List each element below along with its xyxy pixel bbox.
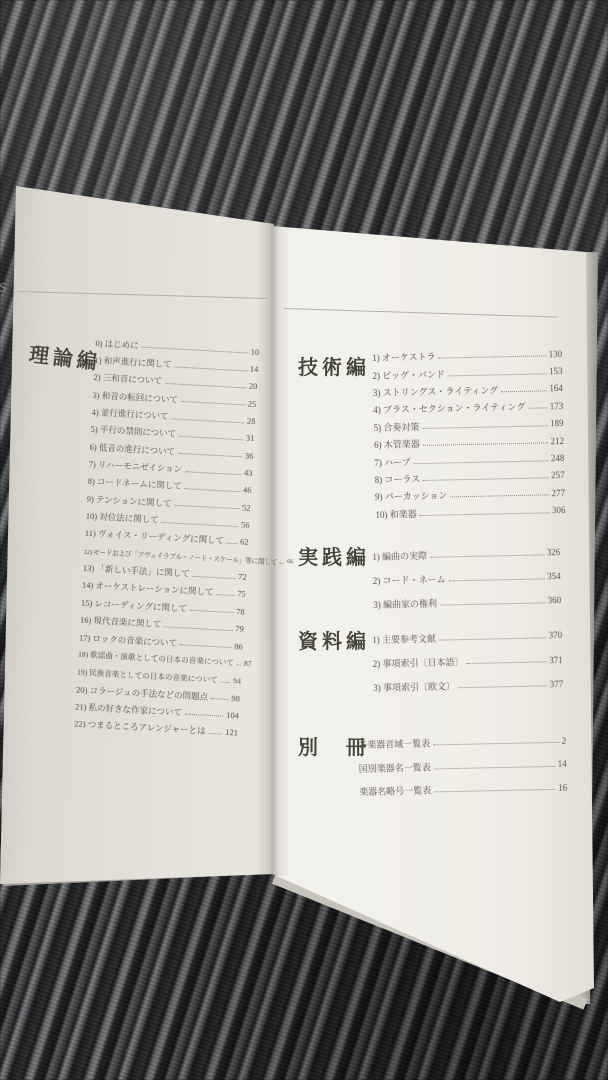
toc-item-page-number: 130 [549, 349, 563, 359]
toc-item-page-number: 2 [562, 735, 567, 745]
toc-item-label: 10) 和楽器 [375, 507, 417, 521]
toc-item-label: 楽器名略号一覧表 [359, 784, 431, 799]
toc-item-page-number: 62 [240, 537, 249, 547]
toc-item-page-number: 173 [550, 401, 564, 411]
toc-item-label: 各楽器音域一覧表 [358, 737, 430, 752]
dot-leader [164, 626, 232, 631]
toc-item-label: 8) コーラス [375, 472, 421, 486]
toc-item-page-number: 248 [551, 453, 565, 463]
toc-item-label: 6) 木管楽器 [374, 437, 420, 451]
toc-item-page-number: 377 [550, 679, 564, 689]
toc-item-page-number: 46 [243, 485, 252, 495]
dot-leader [193, 575, 236, 578]
toc-item-page-number: 25 [248, 398, 257, 408]
toc-item-page-number: 257 [551, 470, 565, 480]
toc-item-label: 3) 和音の転回について [92, 389, 178, 406]
toc-item-page-number: 28 [247, 416, 256, 426]
photo-open-book: S 理論編 0) はじめに 10 1) 和声進行に関して 14 2) 三和音につ… [0, 0, 608, 1080]
dot-leader [171, 418, 243, 423]
toc-item-label: 1) オーケストラ [372, 350, 436, 364]
toc-item-label: 5) 合奏対策 [374, 420, 420, 434]
dot-leader [165, 383, 246, 389]
dot-leader [190, 610, 233, 613]
toc-item-label: 9) テンションに関して [86, 493, 171, 510]
toc-item-page-number: 36 [245, 450, 254, 460]
dot-leader [175, 366, 247, 371]
toc-item-label: 5) 平行の禁則について [90, 423, 176, 440]
toc-item-page-number: 360 [548, 595, 562, 605]
section-title-technique: 技術編 [298, 351, 370, 380]
toc-item-page-number: 94 [233, 676, 241, 685]
dot-leader [449, 578, 545, 581]
dot-leader [450, 495, 548, 498]
dot-leader [430, 554, 544, 557]
dot-leader [420, 512, 549, 516]
toc-item: 3) 編曲家の権利 360 [373, 588, 561, 616]
toc-item-page-number: 72 [238, 571, 247, 581]
dot-leader [434, 789, 555, 793]
dot-leader [178, 453, 242, 458]
dot-leader [237, 665, 241, 666]
dot-leader [433, 742, 558, 746]
toc-item-page-number: 66 [287, 558, 293, 565]
dot-leader [185, 714, 223, 717]
dot-leader [142, 347, 248, 354]
toc-item-page-number: 371 [549, 655, 563, 665]
dot-leader [440, 602, 545, 605]
toc-item-label: 1) 主要参考文献 [372, 631, 436, 645]
dot-leader [423, 442, 548, 446]
dot-leader [467, 661, 547, 664]
dot-leader [434, 766, 555, 770]
toc-item-page-number: 14 [558, 759, 567, 769]
toc-item-page-number: 10 [250, 346, 259, 356]
dot-leader [448, 373, 546, 376]
toc-list-reference: 1) 主要参考文献 370 2) 事項索引〔日本語〕 371 3) 事項索引〔欧… [372, 623, 563, 700]
toc-item-page-number: 121 [225, 727, 238, 738]
dot-leader [423, 477, 548, 481]
toc-item-label: 3) 編曲家の権利 [373, 596, 437, 610]
toc-item-label: 16) 現代音楽に関して [80, 614, 162, 631]
toc-item-label: 7) ハープ [374, 455, 411, 469]
toc-item-label: 2) 事項索引〔日本語〕 [373, 655, 464, 670]
toc-item-page-number: 31 [246, 433, 255, 443]
toc-item-label: 3) 事項索引〔欧文〕 [373, 680, 455, 695]
dot-leader [211, 698, 228, 700]
dot-leader [216, 594, 234, 596]
dot-leader [181, 401, 245, 406]
toc-item-page-number: 104 [226, 710, 239, 721]
dot-leader [439, 637, 546, 640]
toc-list-theory: 0) はじめに 10 1) 和声進行に関して 14 2) 三和音について 20 … [74, 334, 260, 741]
toc-item-page-number: 277 [551, 488, 565, 498]
toc-item-label: 3) ストリングス・ライティング [373, 383, 499, 399]
toc-item-page-number: 20 [249, 381, 258, 391]
toc-item-page-number: 86 [234, 641, 243, 651]
toc-item-page-number: 164 [549, 383, 563, 393]
toc-item-page-number: 75 [237, 589, 246, 599]
toc-item: 楽器名略号一覧表 16 [359, 776, 567, 804]
section-title-practice: 実践編 [298, 541, 370, 570]
toc-list-technique: 1) オーケストラ 130 2) ビッグ・バンド 153 3) ストリングス・ラ… [372, 345, 566, 523]
toc-item-page-number: 326 [547, 547, 561, 557]
dot-leader [174, 505, 239, 510]
dot-leader [458, 686, 547, 689]
toc-item-label: 2) 三和音について [93, 371, 162, 387]
dot-leader [185, 471, 241, 475]
dot-leader [180, 644, 231, 648]
cut-off-letter: S [0, 281, 7, 297]
toc-item-page-number: 153 [549, 366, 563, 376]
dot-leader [179, 436, 243, 441]
toc-item-label: 10) 対位法に関して [85, 510, 159, 526]
toc-item-label: 1) 編曲の実際 [372, 548, 427, 562]
dot-leader [185, 488, 240, 492]
toc-item-page-number: 212 [550, 436, 564, 446]
dot-leader [280, 563, 284, 564]
dot-leader [528, 408, 546, 409]
dot-leader [414, 460, 548, 464]
toc-item-label: 2) ビッグ・バンド [372, 367, 445, 382]
dot-leader [208, 733, 222, 735]
toc-item-page-number: 189 [550, 418, 564, 428]
toc-item-page-number: 16 [558, 783, 567, 793]
toc-item-label: 0) はじめに [95, 337, 139, 351]
toc-item-page-number: 78 [236, 606, 245, 616]
toc-item-page-number: 79 [235, 623, 244, 633]
toc-list-practice: 1) 編曲の実際 326 2) コード・ネーム 354 3) 編曲家の権利 36… [372, 540, 561, 616]
dot-leader [439, 356, 546, 359]
toc-item-page-number: 354 [547, 571, 561, 581]
toc-item-label: 4) ブラス・セクション・ライティング [373, 400, 525, 416]
toc-item-page-number: 14 [250, 364, 259, 374]
toc-item-label: 1) 和声進行に関して [94, 354, 172, 370]
toc-item-page-number: 43 [244, 468, 253, 478]
toc-item-page-number: 306 [552, 505, 566, 515]
toc-item-label: 4) 並行進行について [91, 406, 169, 422]
toc-item-page-number: 98 [231, 693, 240, 703]
toc-list-supplement: 各楽器音域一覧表 2 国別楽器名一覧表 14 楽器名略号一覧表 16 [358, 729, 567, 804]
dot-leader [221, 681, 230, 683]
toc-item-label: 9) パーカッション [375, 489, 448, 504]
toc-item-page-number: 52 [242, 502, 251, 512]
dot-leader [227, 543, 237, 545]
toc-item-label: 2) コード・ネーム [373, 572, 446, 587]
toc-item: 3) 事項索引〔欧文〕 377 [373, 672, 563, 700]
dot-leader [422, 425, 547, 429]
toc-item-label: 6) 低音の進行について [89, 441, 175, 458]
dot-leader [162, 522, 238, 527]
toc-item-page-number: 370 [549, 630, 563, 640]
section-title-reference: 資料編 [298, 625, 370, 654]
toc-item-label: 国別楽器名一覧表 [359, 760, 431, 775]
toc-item-page-number: 87 [244, 659, 252, 668]
toc-item-page-number: 56 [241, 520, 250, 530]
dot-leader [501, 390, 546, 392]
